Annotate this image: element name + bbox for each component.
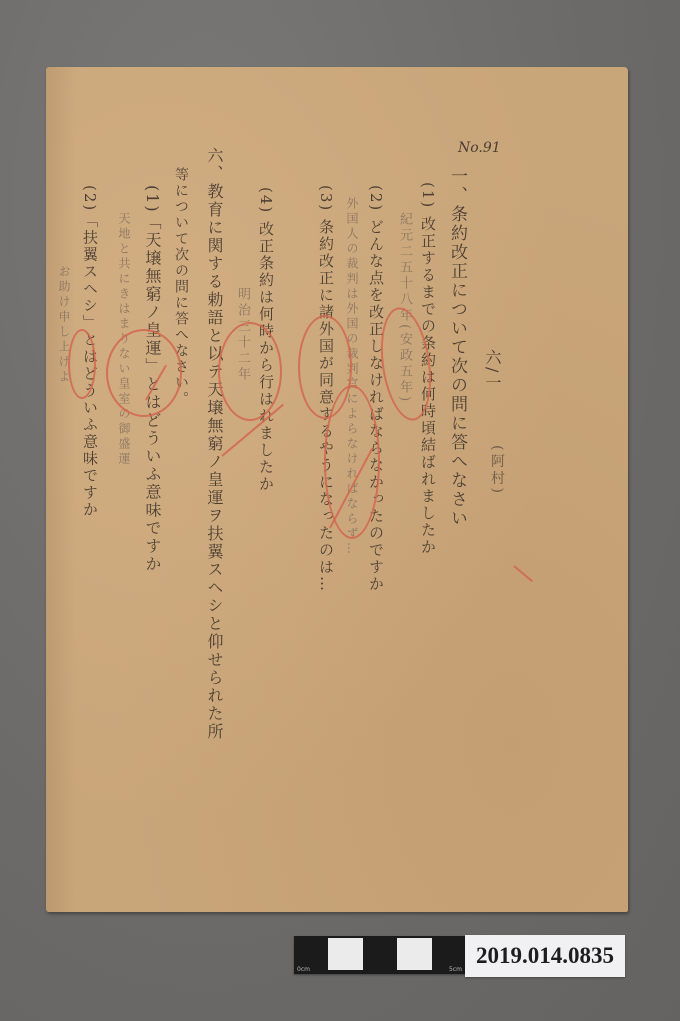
document-sheet: No.91 一、条約改正について次の問に答へなさい (1) 改正するまでの条約は…	[46, 67, 628, 912]
bracket-note: (阿村)	[490, 445, 504, 496]
scale-right-unit: 5cm	[449, 966, 462, 973]
red-check-mark	[218, 322, 282, 421]
red-check-mark	[106, 329, 182, 417]
margin-note: 六/一	[484, 349, 500, 392]
section-6-heading: 六、教育に関する勅語と以テ天壌無窮ノ皇運ヲ扶翼スヘシと仰せられた所	[206, 147, 222, 741]
question-title: 一、条約改正について次の問に答へなさい	[448, 167, 465, 528]
red-check-mark	[324, 385, 380, 539]
measurement-scale-bar: 0cm 5cm	[294, 936, 466, 974]
catalog-number-label: 2019.014.0835	[465, 935, 625, 977]
scale-white-block	[397, 938, 432, 970]
header-number: No.91	[458, 141, 501, 155]
question-2: (2) どんな点を改正しなければならなかったのですか	[368, 185, 383, 593]
scale-white-block	[328, 938, 363, 970]
scale-left-unit: 0cm	[297, 966, 310, 973]
paper-fold-shadow	[46, 67, 76, 912]
red-check-mark	[68, 329, 96, 399]
red-tick-line	[513, 565, 533, 582]
